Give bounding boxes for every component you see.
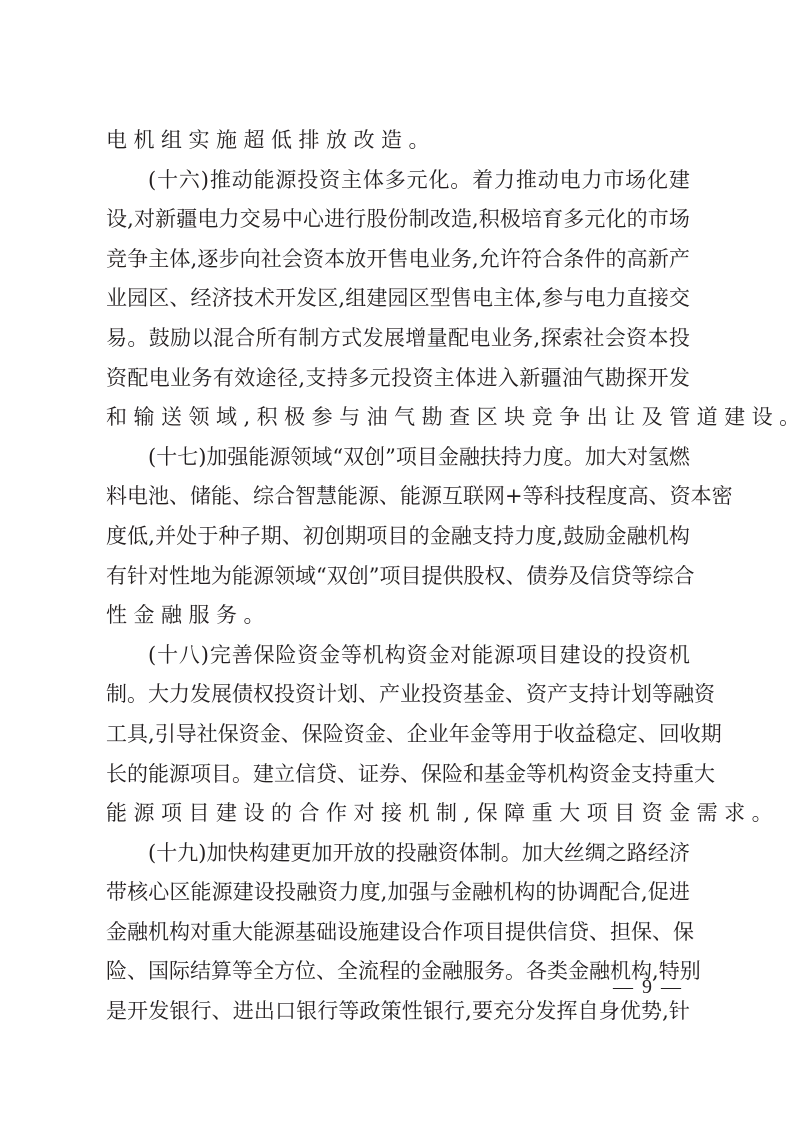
text-line: 竞争主体,逐步向社会资本放开售电业务,允许符合条件的高新产 (106, 240, 690, 280)
paragraph-heading-line: (十七)加强能源领域“双创”项目金融扶持力度。加大对氢燃 (106, 438, 690, 478)
text-line: 性金融服务。 (106, 596, 690, 636)
text-line: 制。大力发展债权投资计划、产业投资基金、资产支持计划等融资 (106, 675, 690, 715)
paragraph-heading-line: (十六)推动能源投资主体多元化。着力推动电力市场化建 (106, 161, 690, 201)
text-line: 和输送领域,积极参与油气勘查区块竞争出让及管道建设。 (106, 398, 690, 438)
page-number: — 9 — (608, 976, 688, 999)
text-line: 电机组实施超低排放改造。 (106, 121, 690, 161)
paragraph-heading-line: (十八)完善保险资金等机构资金对能源项目建设的投资机 (106, 636, 690, 676)
body-text: 电机组实施超低排放改造。 (十六)推动能源投资主体多元化。着力推动电力市场化建 … (106, 121, 690, 1032)
text-line: 料电池、储能、综合智慧能源、能源互联网+等科技程度高、资本密 (106, 477, 690, 517)
text-line: 险、国际结算等全方位、全流程的金融服务。各类金融机构,特别 (106, 952, 690, 992)
text-line: 业园区、经济技术开发区,组建园区型售电主体,参与电力直接交 (106, 279, 690, 319)
text-line: 有针对性地为能源领域“双创”项目提供股权、债券及信贷等综合 (106, 557, 690, 597)
text-line: 资配电业务有效途径,支持多元投资主体进入新疆油气勘探开发 (106, 359, 690, 399)
text-line: 金融机构对重大能源基础设施建设合作项目提供信贷、担保、保 (106, 913, 690, 953)
document-page: 电机组实施超低排放改造。 (十六)推动能源投资主体多元化。着力推动电力市场化建 … (0, 0, 793, 1122)
text-line: 易。鼓励以混合所有制方式发展增量配电业务,探索社会资本投 (106, 319, 690, 359)
text-line: 度低,并处于种子期、初创期项目的金融支持力度,鼓励金融机构 (106, 517, 690, 557)
text-line: 设,对新疆电力交易中心进行股份制改造,积极培育多元化的市场 (106, 200, 690, 240)
text-line: 是开发银行、进出口银行等政策性银行,要充分发挥自身优势,针 (106, 992, 690, 1032)
text-line: 能源项目建设的合作对接机制,保障重大项目资金需求。 (106, 794, 690, 834)
paragraph-heading-line: (十九)加快构建更加开放的投融资体制。加大丝绸之路经济 (106, 834, 690, 874)
text-line: 工具,引导社保资金、保险资金、企业年金等用于收益稳定、回收期 (106, 715, 690, 755)
text-line: 长的能源项目。建立信贷、证券、保险和基金等机构资金支持重大 (106, 755, 690, 795)
text-line: 带核心区能源建设投融资力度,加强与金融机构的协调配合,促进 (106, 873, 690, 913)
